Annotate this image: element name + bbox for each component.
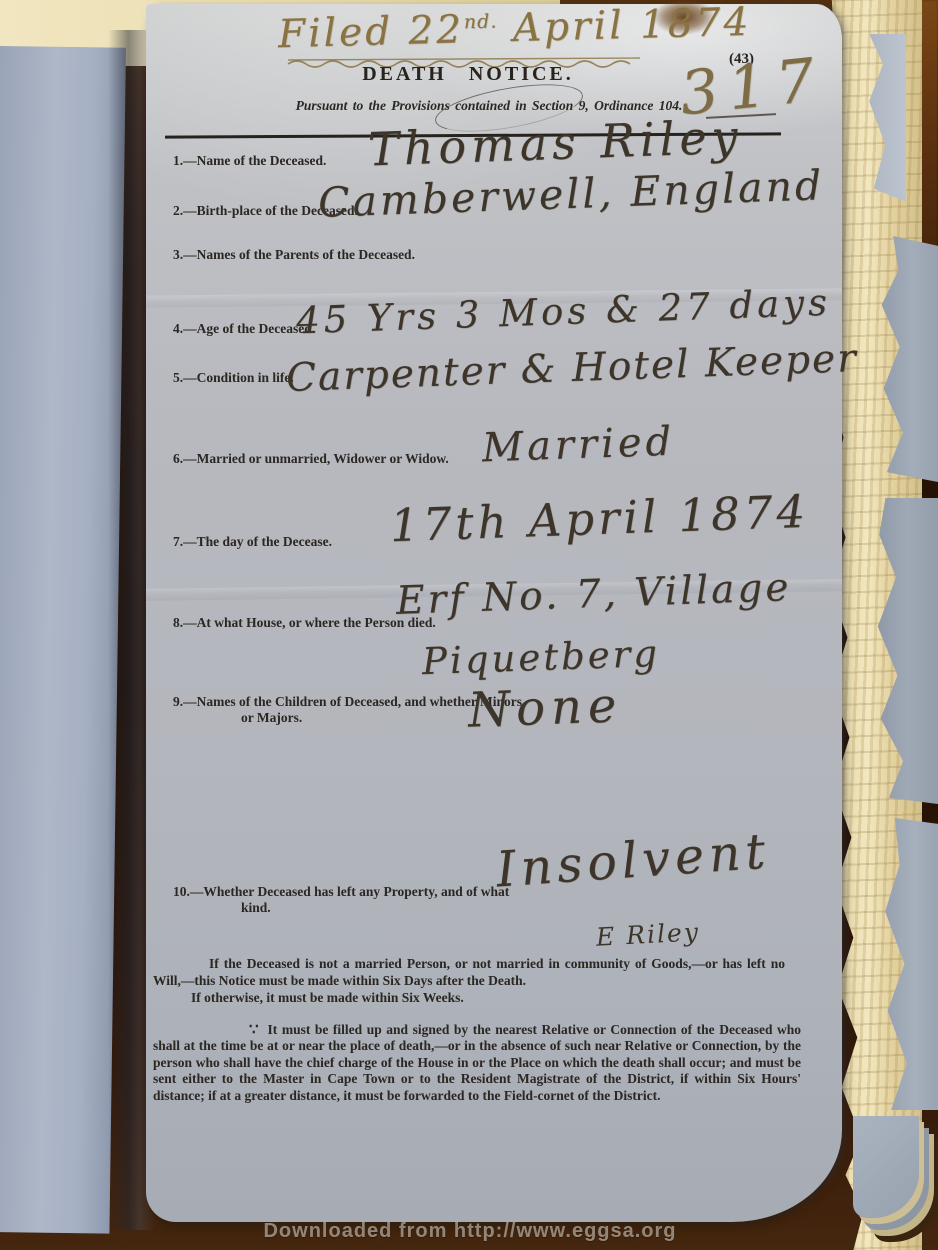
- signature: E Riley: [595, 917, 700, 951]
- filed-text: Filed 22: [277, 7, 464, 57]
- field-label-age: 4.—Age of the Deceased.: [173, 321, 315, 337]
- field-answer-condition: Carpenter & Hotel Keeper: [285, 336, 858, 401]
- field-answer-day-of-decease: 17th April 1874: [389, 485, 810, 553]
- field-label-property: 10.—Whether Deceased has left any Proper…: [173, 884, 535, 915]
- watermark: Downloaded from http://www.eggsa.org: [150, 1220, 790, 1243]
- stacked-page-corners: [845, 1116, 938, 1250]
- document-title: DEATH NOTICE.: [318, 63, 618, 86]
- field-label-day-of-decease: 7.—The day of the Decease.: [173, 534, 332, 550]
- field-label-name: 1.—Name of the Deceased.: [173, 153, 326, 169]
- filed-annotation: Filed 22nd. April 1874: [277, 0, 751, 57]
- scanned-document-photo: Filed 22nd. April 1874 DEATH NOTICE. (43…: [0, 0, 938, 1250]
- field-label-married: 6.—Married or unmarried, Widower or Wido…: [173, 451, 449, 467]
- field-answer-place-line2: Piquetberg: [421, 632, 660, 683]
- footnote-2: ∵It must be filled up and signed by the …: [153, 1022, 801, 1104]
- field-answer-property: Insolvent: [494, 823, 771, 899]
- footnote-1-text2: If otherwise, it must be made within Six…: [191, 989, 785, 1006]
- death-notice-page: Filed 22nd. April 1874 DEATH NOTICE. (43…: [146, 4, 842, 1222]
- field-answer-children: None: [467, 677, 623, 738]
- field-answer-married: Married: [481, 419, 676, 472]
- field-label-parents: 3.—Names of the Parents of the Deceased.: [173, 247, 415, 263]
- asterism-mark: ∵: [249, 1022, 259, 1038]
- filed-text-rest: April 1874: [497, 0, 752, 51]
- page-corner-layer: [853, 1116, 919, 1218]
- footnote-1: If the Deceased is not a married Person,…: [153, 955, 785, 1006]
- field-answer-age: 45 Yrs 3 Mos & 27 days: [295, 281, 831, 343]
- field-answer-place-line1: Erf No. 7, Village: [395, 565, 792, 624]
- footnote-1-text: If the Deceased is not a married Person,…: [153, 955, 785, 989]
- field-label-condition: 5.—Condition in life.: [173, 370, 294, 386]
- filed-ordinal: nd.: [464, 10, 498, 33]
